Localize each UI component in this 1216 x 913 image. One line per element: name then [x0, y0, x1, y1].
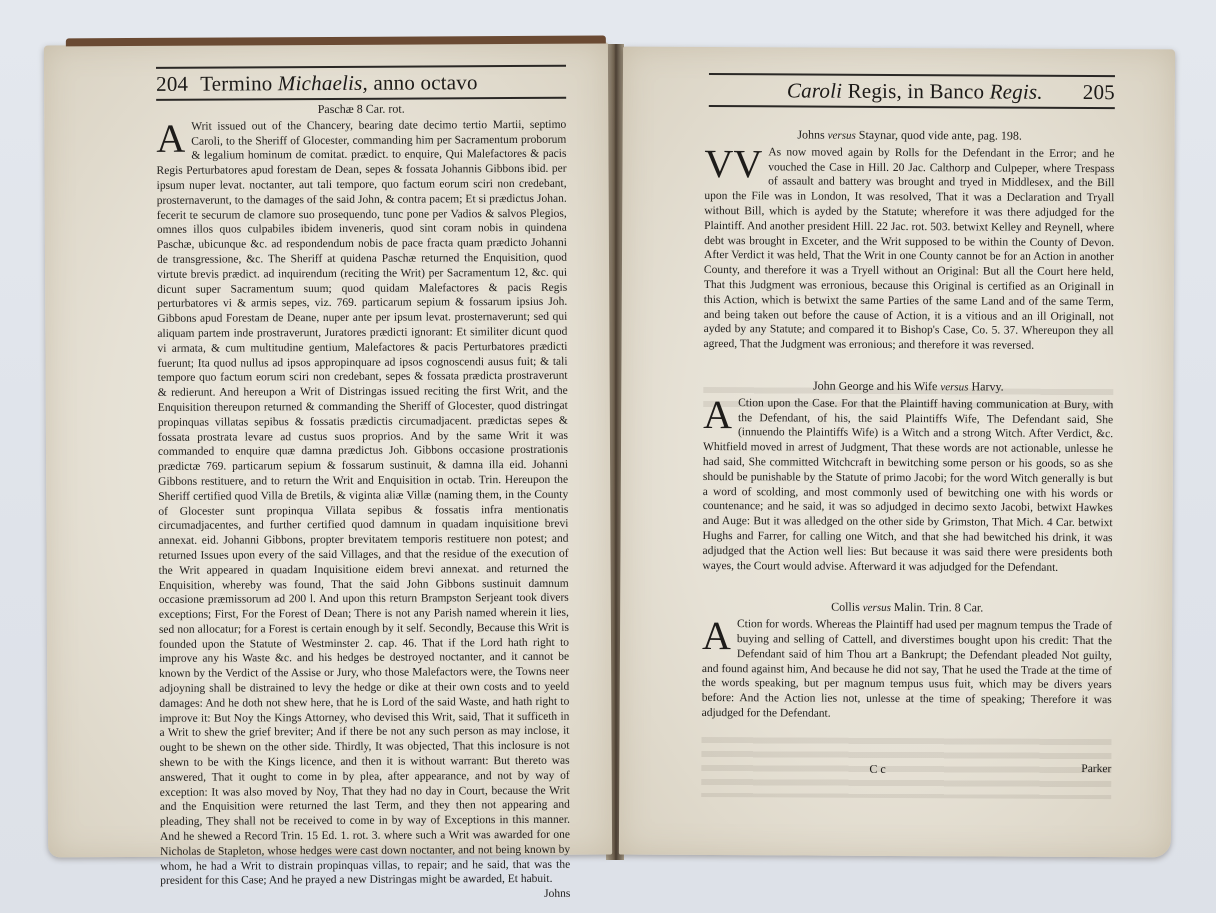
- case-text-johns-staynar: VVAs now moved again by Rolls for the De…: [704, 145, 1115, 354]
- dropcap-vv: VV: [704, 147, 762, 181]
- case-party-b: Malin. Trin. 8 Car.: [894, 600, 983, 614]
- case-versus: versus: [940, 381, 968, 393]
- case-text-george-harvy: ACtion upon the Case. For that the Plain…: [702, 396, 1113, 576]
- case-party-a: Collis: [831, 600, 860, 614]
- case-party-b: Harvy.: [971, 379, 1003, 393]
- case-title-george-harvy: John George and his Wife versus Harvy.: [703, 378, 1113, 396]
- left-catchword: Johns: [160, 887, 570, 904]
- right-page-number: 205: [1083, 79, 1115, 104]
- show-through-ink: [701, 737, 1111, 799]
- case-party-a: Johns: [797, 127, 824, 141]
- left-paragraph-text: Writ issued out of the Chancery, bearing…: [157, 119, 571, 888]
- left-head-roman: Termino: [200, 71, 272, 96]
- right-page: Caroli Regis, in Banco Regis. 205 Johns …: [619, 47, 1175, 858]
- case-body: Ction for words. Whereas the Plaintiff h…: [702, 618, 1113, 719]
- right-head-italic: Caroli: [787, 78, 842, 103]
- case-versus: versus: [828, 130, 856, 142]
- dropcap-a: A: [703, 398, 732, 432]
- open-book-photo: 204 Termino Michaelis, anno octavo Pasch…: [0, 0, 1216, 913]
- right-head-italic2: Regis.: [990, 79, 1043, 104]
- left-page-number: 204: [156, 71, 188, 96]
- right-running-head: Caroli Regis, in Banco Regis. 205: [709, 73, 1115, 109]
- signature-mark: C c: [869, 762, 885, 777]
- left-head-tail: anno octavo: [373, 70, 477, 96]
- case-versus: versus: [863, 602, 891, 614]
- case-body: As now moved again by Rolls for the Defe…: [704, 146, 1115, 352]
- right-catchword: Parker: [1081, 763, 1111, 775]
- right-head-roman: Regis, in Banco: [848, 78, 985, 104]
- case-title-collis-malin: Collis versus Malin. Trin. 8 Car.: [702, 599, 1112, 617]
- case-party-a: John George and his Wife: [813, 379, 937, 394]
- left-body-text: Paschæ 8 Car. rot. AWrit issued out of t…: [156, 101, 570, 904]
- left-case-title: Paschæ 8 Car. rot.: [156, 101, 566, 118]
- case-body: Ction upon the Case. For that the Plaint…: [702, 397, 1113, 573]
- left-page: 204 Termino Michaelis, anno octavo Pasch…: [44, 43, 612, 858]
- left-dropcap: A: [156, 122, 185, 156]
- dropcap-a: A: [702, 619, 731, 653]
- right-body-text: Johns versus Staynar, quod vide ante, pa…: [702, 127, 1115, 723]
- left-paragraph: AWrit issued out of the Chancery, bearin…: [156, 118, 570, 890]
- case-party-b: Staynar, quod vide ante, pag. 198.: [859, 128, 1022, 143]
- case-text-collis-malin: ACtion for words. Whereas the Plaintiff …: [702, 617, 1113, 723]
- left-running-head: 204 Termino Michaelis, anno octavo: [156, 65, 566, 101]
- case-title-johns-staynar: Johns versus Staynar, quod vide ante, pa…: [705, 127, 1115, 145]
- left-head-italic: Michaelis,: [278, 70, 368, 95]
